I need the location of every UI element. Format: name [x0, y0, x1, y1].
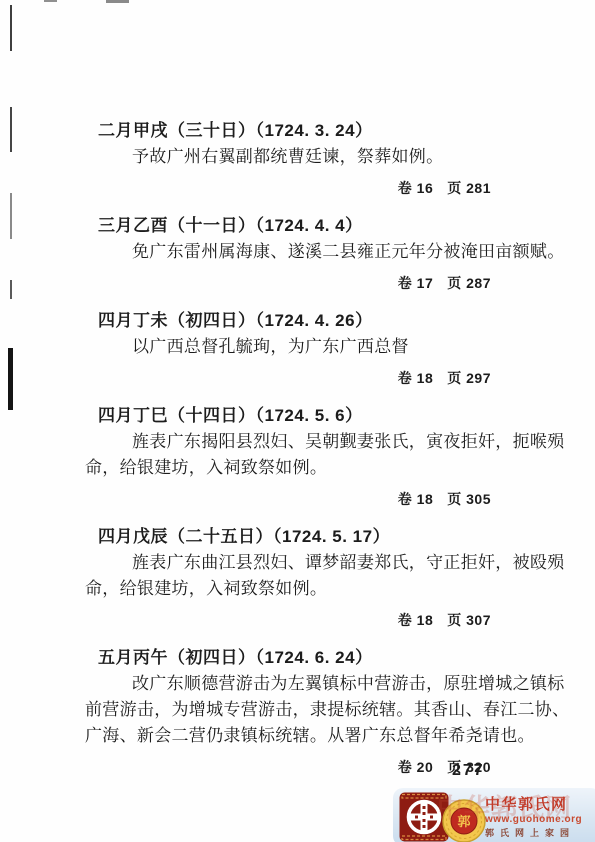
entry-source-reference: 卷 16页 281 [85, 178, 513, 198]
chronicle-entry: 四月丁巳（十四日）（1724. 5. 6） 旌表广东揭阳县烈妇、吴朝觐妻张氏，寅… [85, 403, 513, 509]
scan-artifact [10, 280, 12, 299]
chronicle-entry: 四月丁未（初四日）（1724. 4. 26） 以广西总督孔毓珣，为广东广西总督 … [85, 308, 513, 388]
entry-date-heading: 四月丁未（初四日）（1724. 4. 26） [98, 308, 513, 334]
entry-text-line: 广海、新会二营仍隶镇标统辖。从署广东总督年希尧请也。 [85, 723, 513, 749]
ref-volume: 卷 16 [398, 180, 433, 196]
guohome-watermark: 中华郭氏网 郭 中华郭氏网 www.guohome.org [393, 788, 595, 842]
entry-source-reference: 卷 18页 297 [85, 368, 513, 388]
chronicle-entry: 三月乙酉（十一日）（1724. 4. 4） 免广东雷州属海康、遂溪二县雍正元年分… [85, 213, 513, 293]
guo-seal-icon: 郭 [441, 798, 487, 842]
entry-date-heading: 三月乙酉（十一日）（1724. 4. 4） [98, 213, 513, 239]
entry-text-line: 旌表广东揭阳县烈妇、吴朝觐妻张氏，寅夜拒奸，扼喉殒 [85, 429, 513, 455]
entry-source-reference: 卷 20页 320 [85, 757, 513, 777]
entry-text-line: 予故广州右翼副都统曹廷谏，祭葬如例。 [85, 144, 513, 170]
ref-volume: 卷 18 [398, 612, 433, 628]
seal-character: 郭 [457, 814, 470, 830]
scan-artifact [106, 0, 129, 3]
ref-volume: 卷 17 [398, 275, 433, 291]
watermark-site-name: 中华郭氏网 [485, 797, 582, 812]
scan-artifact [10, 107, 12, 152]
entry-date-heading: 二月甲戌（三十日）（1724. 3. 24） [98, 118, 513, 144]
ref-volume: 卷 20 [398, 759, 433, 775]
scan-artifact [8, 348, 13, 410]
entry-text-line: 前营游击，为增城专营游击，隶提标统辖。其香山、春江二协、 [85, 697, 513, 723]
entry-text-line: 免广东雷州属海康、遂溪二县雍正元年分被淹田亩额赋。 [85, 239, 513, 265]
ref-page: 页 307 [447, 612, 491, 628]
watermark-tagline: 郭氏网上家园 [485, 829, 582, 838]
entry-text-line: 改广东顺德营游击为左翼镇标中营游击，原驻增城之镇标 [85, 671, 513, 697]
ref-volume: 卷 18 [398, 370, 433, 386]
ref-page: 页 281 [447, 180, 491, 196]
watermark-text-block: 中华郭氏网 www.guohome.org 郭氏网上家园 [485, 797, 582, 838]
ref-page: 页 297 [447, 370, 491, 386]
entry-text-line: 旌表广东曲江县烈妇、谭梦韶妻郑氏，守正拒奸，被殴殒 [85, 550, 513, 576]
entry-source-reference: 卷 18页 305 [85, 489, 513, 509]
entry-source-reference: 卷 17页 287 [85, 273, 513, 293]
entry-source-reference: 卷 18页 307 [85, 610, 513, 630]
entry-date-heading: 四月丁巳（十四日）（1724. 5. 6） [98, 403, 513, 429]
entry-date-heading: 五月丙午（初四日）（1724. 6. 24） [98, 645, 513, 671]
entry-text-line: 命，给银建坊，入祠致祭如例。 [85, 576, 513, 602]
ref-page: 页 305 [447, 491, 491, 507]
ref-page: 页 287 [447, 275, 491, 291]
folio-page-number: 277 [452, 762, 485, 780]
entry-text-line: 命，给银建坊，入祠致祭如例。 [85, 455, 513, 481]
chronicle-entry: 四月戊辰（二十五日）（1724. 5. 17） 旌表广东曲江县烈妇、谭梦韶妻郑氏… [85, 524, 513, 630]
text-block: 二月甲戌（三十日）（1724. 3. 24） 予故广州右翼副都统曹廷谏，祭葬如例… [85, 118, 513, 792]
chronicle-entry: 二月甲戌（三十日）（1724. 3. 24） 予故广州右翼副都统曹廷谏，祭葬如例… [85, 118, 513, 198]
entry-text-line: 以广西总督孔毓珣，为广东广西总督 [85, 334, 513, 360]
ref-volume: 卷 18 [398, 491, 433, 507]
scan-artifact [10, 193, 12, 239]
document-page: 二月甲戌（三十日）（1724. 3. 24） 予故广州右翼副都统曹廷谏，祭葬如例… [0, 0, 595, 842]
watermark-url: www.guohome.org [485, 815, 582, 825]
entry-date-heading: 四月戊辰（二十五日）（1724. 5. 17） [98, 524, 513, 550]
chronicle-entry: 五月丙午（初四日）（1724. 6. 24） 改广东顺德营游击为左翼镇标中营游击… [85, 645, 513, 777]
scan-artifact [10, 5, 12, 51]
scan-artifact [44, 0, 57, 2]
